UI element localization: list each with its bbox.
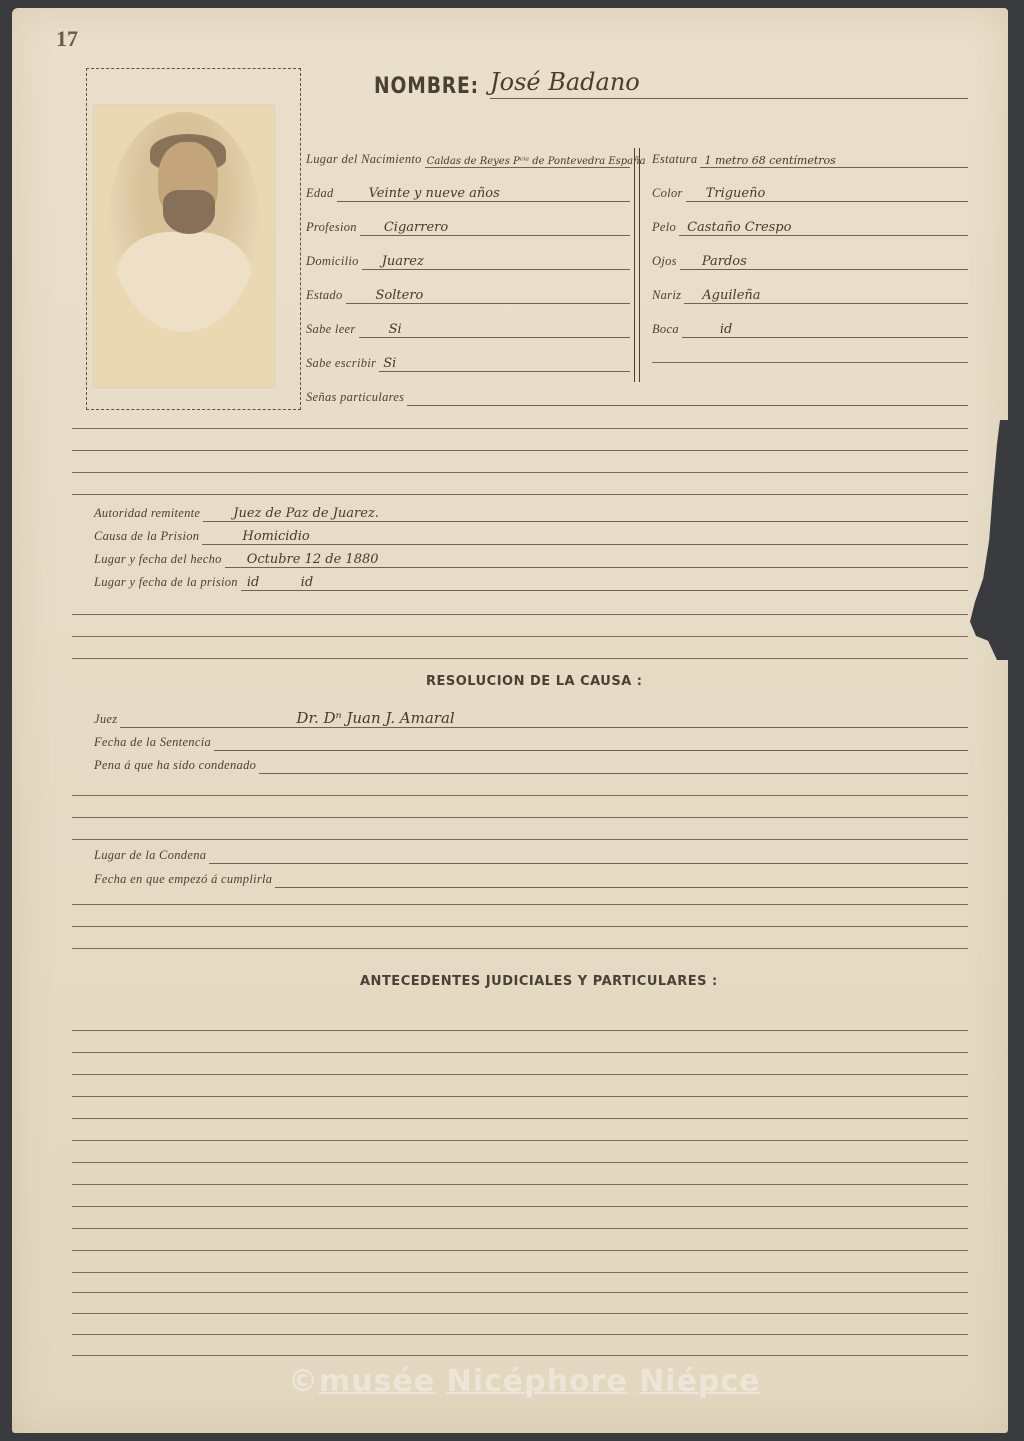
portrait-beard — [163, 190, 215, 234]
field-value: Homicidio — [242, 529, 309, 544]
field-birthplace: Lugar del Nacimiento Caldas de Reyes Pᶜⁱ… — [306, 146, 630, 168]
blank-rule — [72, 636, 968, 637]
antecedentes-heading: ANTECEDENTES JUDICIALES Y PARTICULARES : — [360, 974, 718, 989]
field-age: Edad Veinte y nueve años — [306, 180, 630, 202]
field-domicile: Domicilio Juarez — [306, 248, 630, 270]
field-value: Trigueño — [706, 186, 766, 201]
name-label: NOMBRE: — [374, 74, 479, 99]
blank-rule — [72, 614, 968, 615]
field-label: Lugar y fecha de la prision — [94, 575, 238, 591]
field-mouth: Boca id — [652, 316, 968, 338]
blank-rule — [72, 1052, 968, 1053]
field-label: Sabe leer — [306, 322, 356, 338]
blank-rule — [72, 1250, 968, 1251]
watermark-word: Nicéphore — [447, 1364, 628, 1399]
blank-rule — [72, 1074, 968, 1075]
field-label: Lugar de la Condena — [94, 848, 206, 864]
field-value: Dr. Dⁿ Juan J. Amaral — [296, 709, 454, 727]
field-label: Ojos — [652, 254, 677, 270]
blank-rule — [72, 926, 968, 927]
blank-rule — [72, 904, 968, 905]
field-label: Boca — [652, 322, 679, 338]
field-value: Juez de Paz de Juarez. — [233, 506, 379, 521]
name-value: José Badano — [490, 68, 640, 96]
blank-rule — [72, 1140, 968, 1141]
field-value: Soltero — [376, 288, 424, 303]
field-value: Caldas de Reyes Pᶜⁱᵃ de Pontevedra Españ… — [427, 156, 646, 167]
blank-rule — [72, 1272, 968, 1273]
field-value: Juarez — [382, 254, 424, 269]
field-value: Aguileña — [702, 288, 760, 303]
field-label: Lugar y fecha del hecho — [94, 552, 222, 568]
blank-rule — [72, 1030, 968, 1031]
field-label: Color — [652, 186, 683, 202]
blank-rule — [72, 1118, 968, 1119]
field-value: Castaño Crespo — [687, 220, 791, 235]
field-label: Autoridad remitente — [94, 506, 200, 522]
field-label: Estatura — [652, 152, 697, 168]
blank-rule — [72, 1162, 968, 1163]
name-rule — [490, 98, 968, 99]
field-label: Pena á que ha sido condenado — [94, 758, 256, 774]
watermark-word: musée — [319, 1364, 435, 1399]
column-divider — [634, 148, 640, 382]
field-label: Estado — [306, 288, 343, 304]
blank-rule — [72, 1228, 968, 1229]
blank-rule — [72, 450, 968, 451]
field-label: Domicilio — [306, 254, 359, 270]
field-value: 1 metro 68 centímetros — [704, 154, 835, 167]
field-value: Si — [383, 356, 396, 371]
field-label: Nariz — [652, 288, 681, 304]
museum-watermark: ©musée Nicéphore Niépce — [288, 1364, 761, 1399]
field-label: Sabe escribir — [306, 356, 376, 372]
blank-rule — [72, 658, 968, 659]
field-label: Edad — [306, 186, 334, 202]
field-complexion: Color Trigueño — [652, 180, 968, 202]
field-label: Fecha en que empezó á cumplirla — [94, 872, 272, 888]
blank-rule — [652, 362, 968, 363]
field-value: Octubre 12 de 1880 — [247, 552, 379, 567]
field-value: Pardos — [702, 254, 747, 269]
field-label: Pelo — [652, 220, 676, 236]
blank-rule — [72, 428, 968, 429]
field-remitting-authority: Autoridad remitente Juez de Paz de Juare… — [94, 500, 968, 522]
watermark-word: Niépce — [639, 1364, 760, 1399]
blank-rule — [72, 1355, 968, 1356]
field-value: id — [720, 322, 732, 337]
field-can-write: Sabe escribir Si — [306, 350, 630, 372]
copyright-icon: © — [288, 1364, 319, 1399]
blank-rule — [72, 795, 968, 796]
blank-rule — [72, 494, 968, 495]
blank-rule — [72, 1184, 968, 1185]
field-place-date-of-imprisonment: Lugar y fecha de la prision id id — [94, 569, 968, 591]
field-value: id id — [247, 575, 313, 590]
field-profession: Profesion Cigarrero — [306, 214, 630, 236]
portrait-torso — [116, 232, 252, 332]
portrait-oval — [108, 112, 260, 332]
field-hair: Pelo Castaño Crespo — [652, 214, 968, 236]
field-value: Cigarrero — [384, 220, 448, 235]
field-place-date-of-event: Lugar y fecha del hecho Octubre 12 de 18… — [94, 546, 968, 568]
blank-rule — [72, 948, 968, 949]
field-label: Fecha de la Sentencia — [94, 735, 211, 751]
blank-rule — [72, 817, 968, 818]
field-cause-of-imprisonment: Causa de la Prision Homicidio — [94, 523, 968, 545]
field-can-read: Sabe leer Si — [306, 316, 630, 338]
field-label: Señas particulares — [306, 390, 404, 406]
blank-rule — [72, 1206, 968, 1207]
field-sentence-start-date: Fecha en que empezó á cumplirla — [94, 866, 968, 888]
field-sentence: Pena á que ha sido condenado — [94, 752, 968, 774]
field-sentence-date: Fecha de la Sentencia — [94, 729, 968, 751]
blank-rule — [72, 472, 968, 473]
blank-rule — [72, 1313, 968, 1314]
field-value: Veinte y nueve años — [369, 186, 500, 201]
field-label: Lugar del Nacimiento — [306, 152, 422, 168]
blank-rule — [72, 1334, 968, 1335]
field-label: Causa de la Prision — [94, 529, 199, 545]
field-height: Estatura 1 metro 68 centímetros — [652, 146, 968, 168]
field-label: Profesion — [306, 220, 357, 236]
field-nose: Nariz Aguileña — [652, 282, 968, 304]
field-value: Si — [389, 322, 402, 337]
field-place-of-sentence: Lugar de la Condena — [94, 842, 968, 864]
field-label: Juez — [94, 712, 117, 728]
sheet-number: 17 — [56, 26, 78, 52]
field-eyes: Ojos Pardos — [652, 248, 968, 270]
field-judge: Juez Dr. Dⁿ Juan J. Amaral — [94, 706, 968, 728]
blank-rule — [72, 839, 968, 840]
portrait-photo — [94, 105, 274, 387]
blank-rule — [72, 1292, 968, 1293]
blank-rule — [72, 1096, 968, 1097]
field-marital-status: Estado Soltero — [306, 282, 630, 304]
field-distinguishing-marks: Señas particulares — [306, 384, 968, 406]
resolution-heading: RESOLUCION DE LA CAUSA : — [426, 674, 643, 689]
